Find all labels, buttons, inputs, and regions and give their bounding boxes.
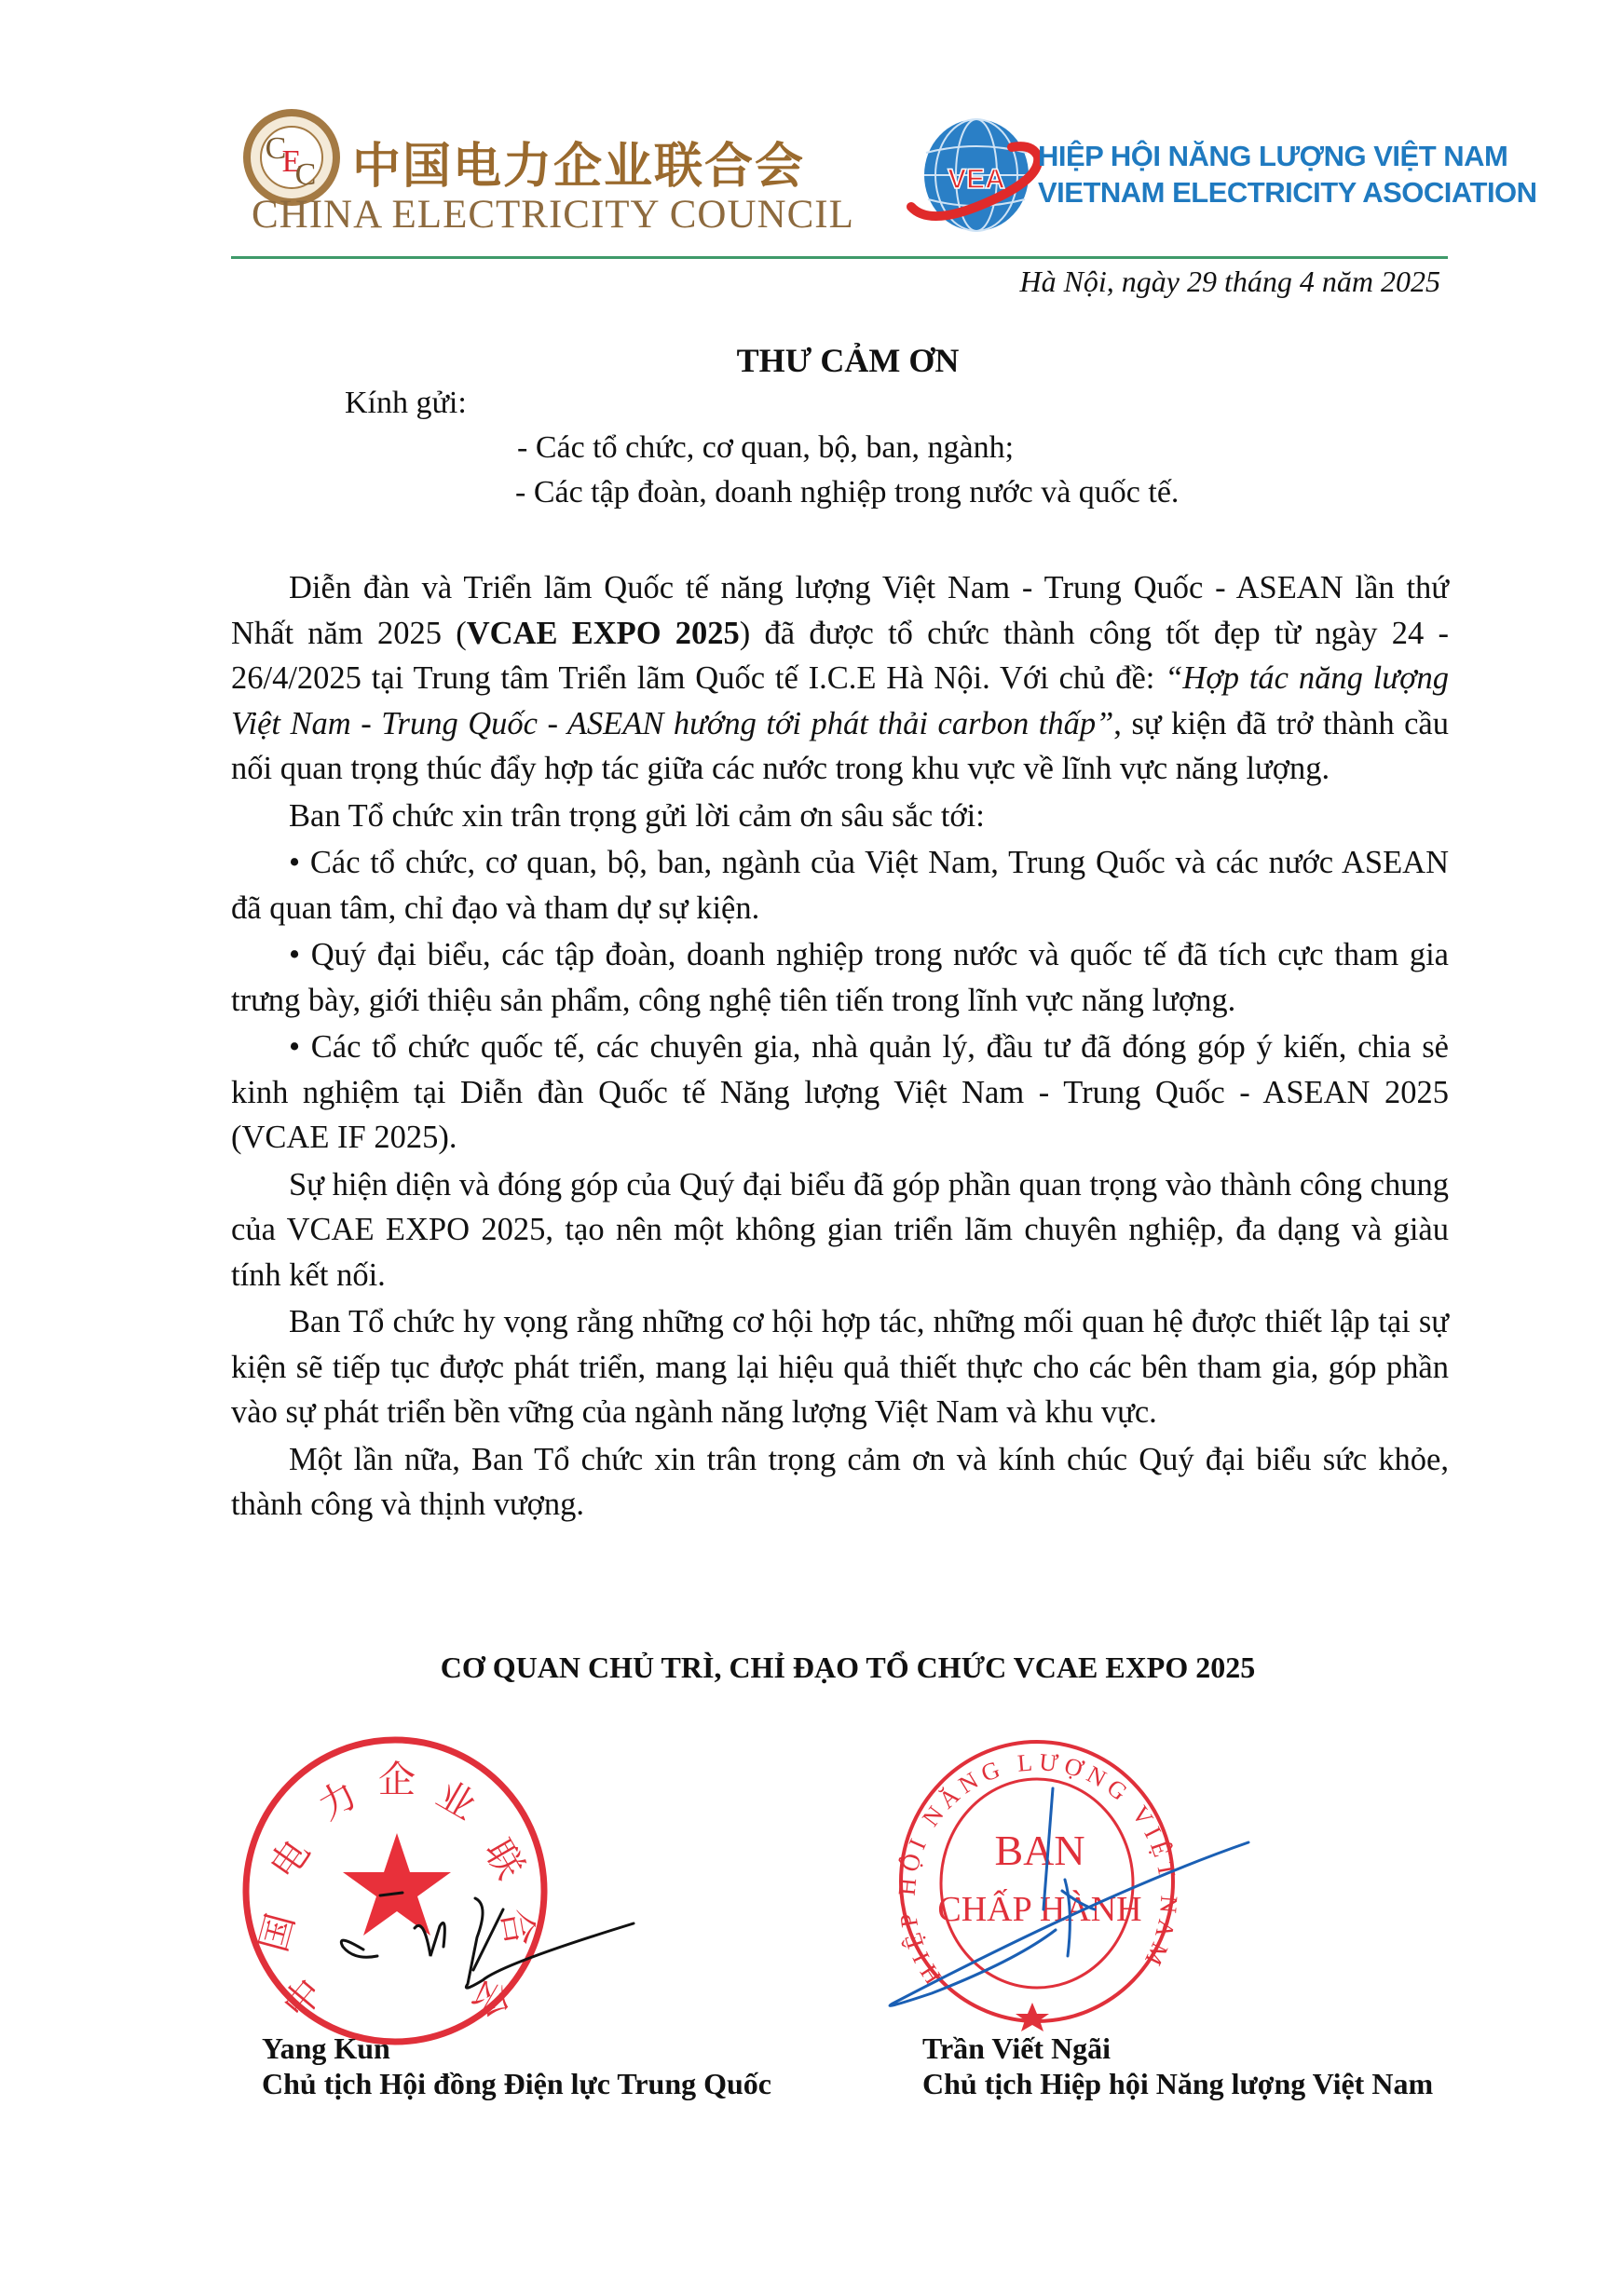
bullet-item: • Các tổ chức, cơ quan, bộ, ban, ngành c… — [231, 840, 1449, 931]
letter-title: THƯ CẢM ƠN — [0, 341, 1623, 380]
event-name-bold: VCAE EXPO 2025 — [467, 616, 740, 651]
svg-text:联: 联 — [476, 1833, 532, 1887]
paragraph-presence: Sự hiện diện và đóng góp của Quý đại biể… — [231, 1162, 1449, 1298]
signer-name: Yang Kun — [262, 2031, 771, 2066]
svg-text:中: 中 — [275, 1971, 332, 2027]
bullet-item: • Các tổ chức quốc tế, các chuyên gia, n… — [231, 1025, 1449, 1161]
svg-text:C: C — [295, 157, 317, 192]
svg-text:力: 力 — [311, 1773, 365, 1828]
paragraph-closing: Một lần nữa, Ban Tổ chức xin trân trọng … — [231, 1437, 1449, 1528]
svg-text:电: 电 — [262, 1832, 319, 1887]
vea-globe-icon: VEA — [902, 115, 1043, 238]
paragraph-thanks-intro: Ban Tổ chức xin trân trọng gửi lời cảm ơ… — [231, 794, 1449, 839]
greeting: Kính gửi: — [345, 386, 467, 421]
cec-name-english: CHINA ELECTRICITY COUNCIL — [252, 192, 854, 238]
signer-vietnam: Trần Viết Ngãi Chủ tịch Hiệp hội Năng lư… — [922, 2031, 1433, 2101]
svg-text:合: 合 — [493, 1906, 541, 1950]
cec-name-chinese: 中国电力企业联合会 — [352, 127, 805, 197]
recipient-line: - Các tổ chức, cơ quan, bộ, ban, ngành; — [517, 430, 1014, 466]
association-seal-icon: HIỆP HỘI NĂNG LƯỢNG VIỆT NAM BAN CHẤP HÀ… — [893, 1734, 1200, 2032]
signature-heading: CƠ QUAN CHỦ TRÌ, CHỈ ĐẠO TỔ CHỨC VCAE EX… — [0, 1651, 1623, 1685]
vea-name-english: VIETNAM ELECTRICITY ASOCIATION — [1038, 176, 1537, 210]
signer-china: Yang Kun Chủ tịch Hội đồng Điện lực Trun… — [262, 2031, 771, 2101]
header-divider — [231, 256, 1448, 259]
red-star-seal-icon: 中 国 电 力 企 业 联 合 会 — [239, 1731, 555, 2047]
recipient-line: - Các tập đoàn, doanh nghiệp trong nước … — [515, 475, 1179, 510]
signer-title: Chủ tịch Hiệp hội Năng lượng Việt Nam — [922, 2066, 1433, 2101]
paragraph-intro: Diễn đàn và Triển lãm Quốc tế năng lượng… — [231, 565, 1449, 792]
bullet-item: • Quý đại biểu, các tập đoàn, doanh nghi… — [231, 932, 1449, 1023]
svg-text:BAN: BAN — [994, 1827, 1084, 1874]
signer-name: Trần Viết Ngãi — [922, 2031, 1433, 2066]
svg-text:CHẤP HÀNH: CHẤP HÀNH — [937, 1889, 1141, 1929]
svg-text:企: 企 — [378, 1759, 416, 1801]
letter-date: Hà Nội, ngày 29 tháng 4 năm 2025 — [1019, 265, 1440, 299]
paragraph-hope: Ban Tổ chức hy vọng rằng những cơ hội hợ… — [231, 1299, 1449, 1435]
letter-body: Diễn đàn và Triển lãm Quốc tế năng lượng… — [231, 565, 1449, 1528]
svg-text:业: 业 — [430, 1773, 484, 1828]
svg-text:VEA: VEA — [948, 164, 1005, 195]
signer-title: Chủ tịch Hội đồng Điện lực Trung Quốc — [262, 2066, 771, 2101]
vea-name-vietnamese: HIỆP HỘI NĂNG LƯỢNG VIỆT NAM — [1038, 140, 1507, 173]
